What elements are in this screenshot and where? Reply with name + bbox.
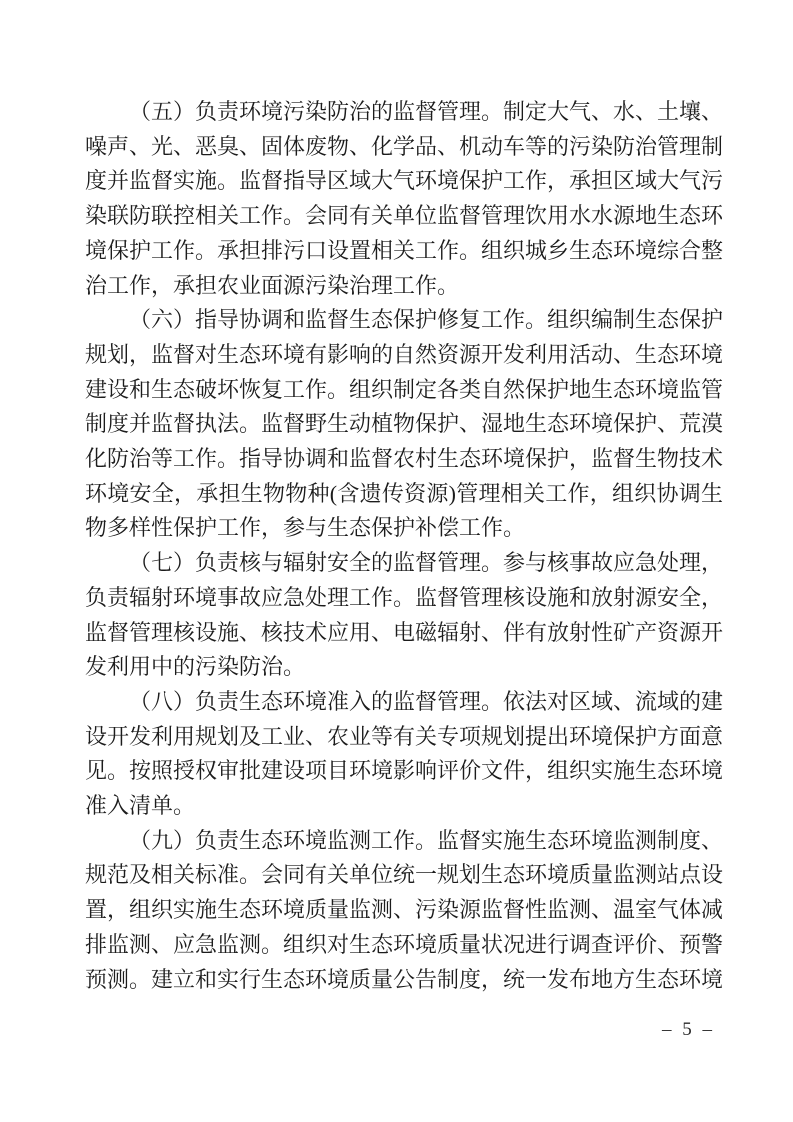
paragraph-item-8: （八）负责生态环境准入的监督管理。依法对区域、流域的建设开发利用规划及工业、农业… [85,685,723,824]
document-page: （五）负责环境污染防治的监督管理。制定大气、水、土壤、噪声、光、恶臭、固体废物、… [0,0,793,1122]
paragraph-item-5: （五）负责环境污染防治的监督管理。制定大气、水、土壤、噪声、光、恶臭、固体废物、… [85,95,723,303]
paragraph-item-9: （九）负责生态环境监测工作。监督实施生态环境监测制度、规范及相关标准。会同有关单… [85,824,723,998]
page-number: – 5 – [662,1019,715,1041]
paragraph-item-6: （六）指导协调和监督生态保护修复工作。组织编制生态保护规划，监督对生态环境有影响… [85,303,723,546]
paragraph-item-7: （七）负责核与辐射安全的监督管理。参与核事故应急处理，负责辐射环境事故应急处理工… [85,546,723,685]
document-body: （五）负责环境污染防治的监督管理。制定大气、水、土壤、噪声、光、恶臭、固体废物、… [85,95,723,997]
